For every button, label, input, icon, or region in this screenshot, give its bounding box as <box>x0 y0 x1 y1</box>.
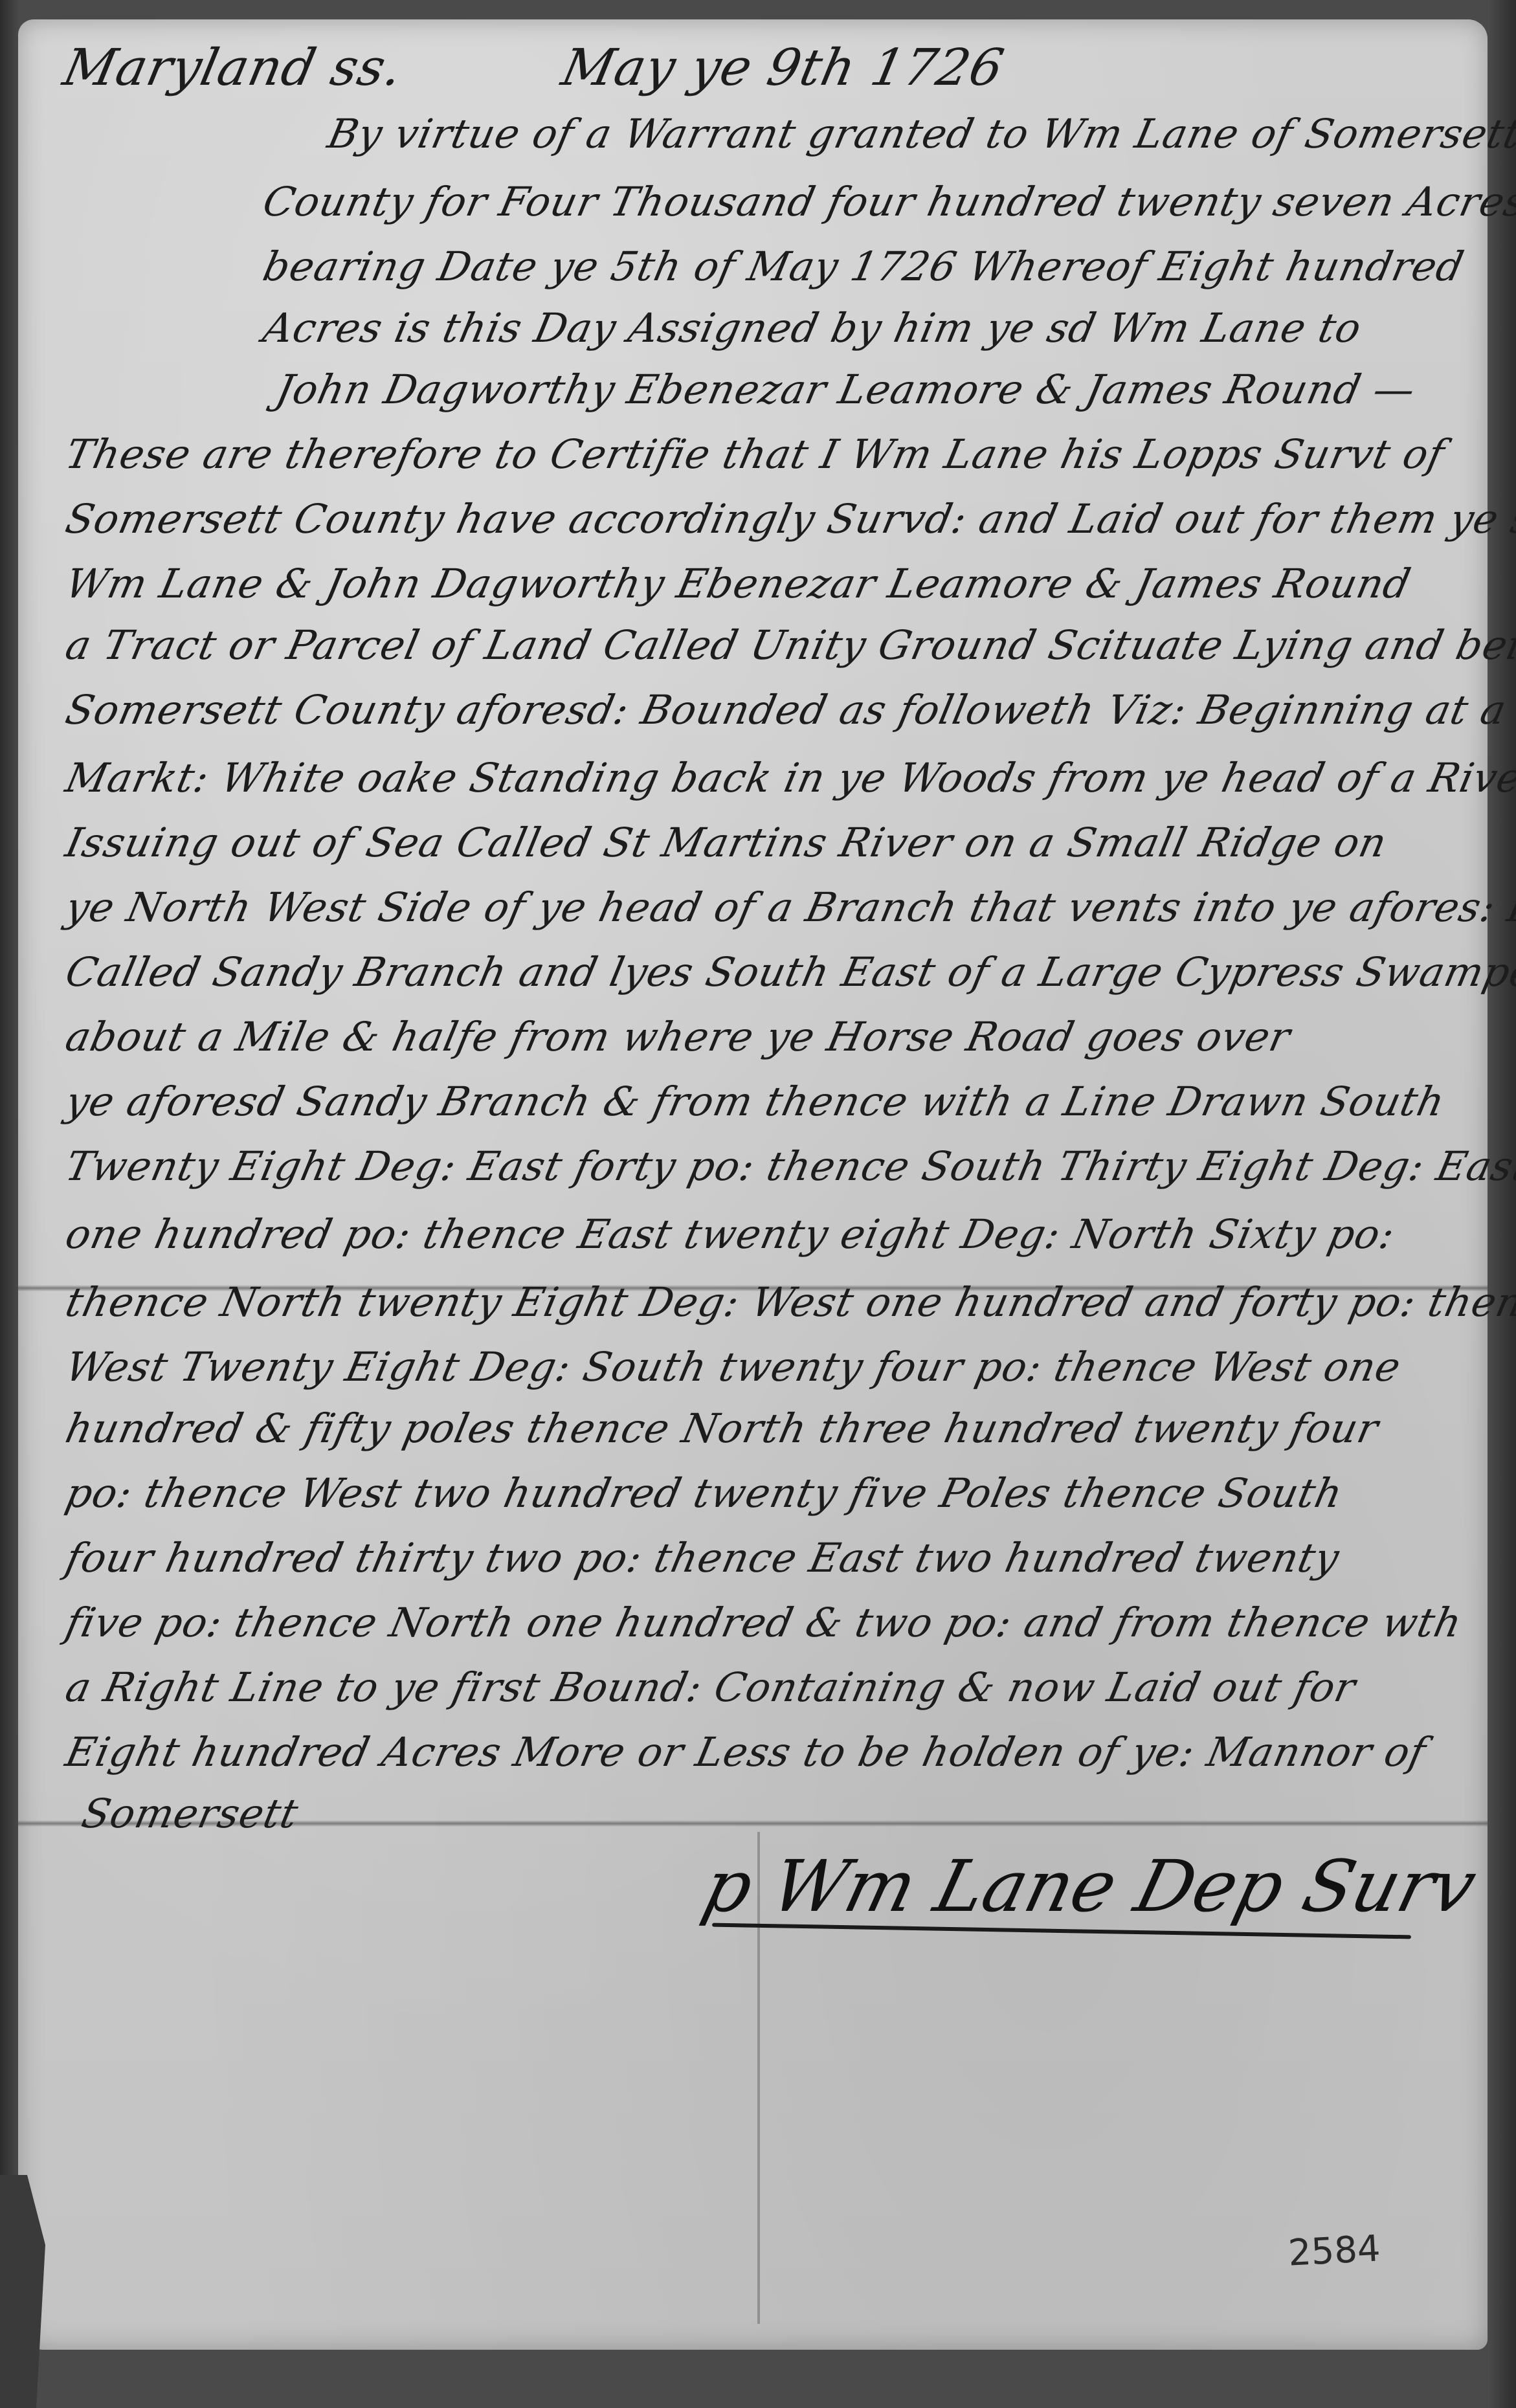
body-line: Somersett County aforesd: Bounded as fol… <box>61 686 1511 733</box>
document-date: May ye 9th 1726 <box>557 39 1009 97</box>
body-line: about a Mile & halfe from where ye Horse… <box>61 1013 1295 1060</box>
body-line: John Dagworthy Ebenezar Leamore & James … <box>272 366 1420 413</box>
body-line: a Right Line to ye first Bound: Containi… <box>61 1664 1360 1711</box>
body-line: bearing Date ye 5th of May 1726 Whereof … <box>259 243 1468 290</box>
body-line: Issuing out of Sea Called St Martins Riv… <box>61 819 1391 866</box>
body-line: one hundred po: thence East twenty eight… <box>61 1210 1399 1258</box>
body-line: five po: thence North one hundred & two … <box>61 1599 1466 1646</box>
body-line: four hundred thirty two po: thence East … <box>61 1534 1344 1581</box>
body-line: hundred & fifty poles thence North three… <box>61 1405 1383 1452</box>
body-line: thence North twenty Eight Deg: West one … <box>61 1278 1516 1326</box>
document-place-heading: Maryland ss. <box>58 39 408 97</box>
body-line: po: thence West two hundred twenty five … <box>61 1469 1347 1517</box>
body-line: Eight hundred Acres More or Less to be h… <box>61 1728 1431 1776</box>
body-line: By virtue of a Warrant granted to Wm Lan… <box>324 110 1516 157</box>
body-line: Somersett <box>78 1790 303 1837</box>
body-line: ye aforesd Sandy Branch & from thence wi… <box>61 1078 1449 1125</box>
surveyor-signature: p Wm Lane Dep Surv <box>695 1845 1484 1928</box>
body-line: Acres is this Day Assigned by him ye sd … <box>259 304 1366 351</box>
body-line: ye North West Side of ye head of a Branc… <box>61 884 1516 931</box>
archive-catalog-number: 2584 <box>1287 2227 1381 2274</box>
body-line: Somersett County have accordingly Survd:… <box>61 495 1516 542</box>
body-line: Wm Lane & John Dagworthy Ebenezar Leamor… <box>61 560 1415 607</box>
body-line: Called Sandy Branch and lyes South East … <box>61 948 1516 996</box>
body-line: West Twenty Eight Deg: South twenty four… <box>61 1343 1405 1390</box>
body-line: a Tract or Parcel of Land Called Unity G… <box>61 621 1516 669</box>
body-line: Twenty Eight Deg: East forty po: thence … <box>61 1143 1516 1190</box>
body-line: County for Four Thousand four hundred tw… <box>259 178 1516 225</box>
body-line: These are therefore to Certifie that I W… <box>61 430 1449 478</box>
body-line: Markt: White oake Standing back in ye Wo… <box>61 754 1516 801</box>
